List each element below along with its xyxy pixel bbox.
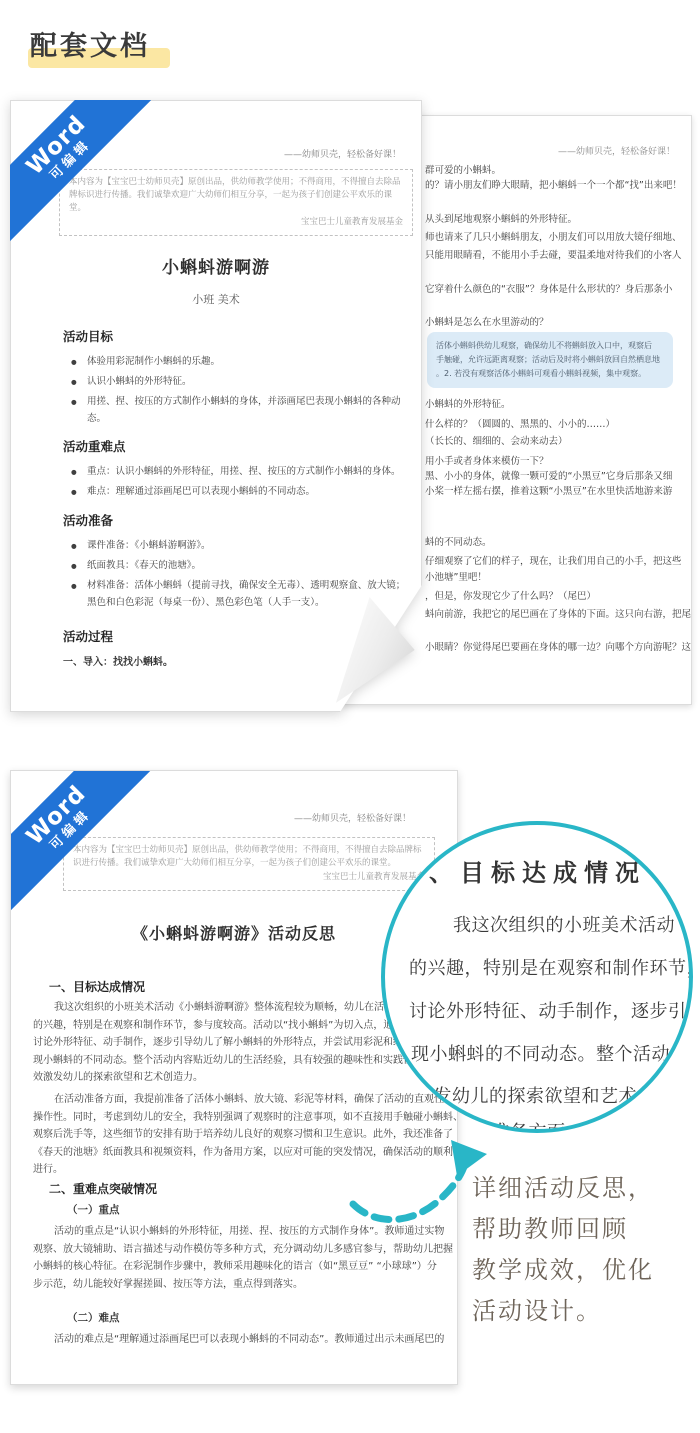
doc-line: 它穿着什么颜色的“衣服”？身体是什么形状的？身后那条小: [425, 281, 672, 295]
section-header: 配套文档: [30, 24, 150, 63]
safety-note-box: 活体小蝌蚪供幼儿观察，确保幼儿不将蝌蚪放入口中，观察后 手触碰，允许远距离观察；…: [427, 332, 673, 388]
note-line: 手触碰，允许远距离观察；活动后及时将小蝌蚪放回自然栖息地: [436, 353, 664, 367]
para-line: 操作性。同时，考虑到幼儿的安全，我特别强调了观察时的注意事项，如不直接用手触碰小…: [33, 1108, 458, 1126]
doc-line: 小桨一样左摇右摆，推着这颗“小黑豆”在水里快活地游来游: [425, 483, 672, 497]
para-line: 讨论外形特征、动手制作，逐步引导幼儿了解小蝌蚪的外形特点，并尝试用彩泥和绘画的: [33, 1033, 423, 1051]
para-line: 的兴趣，特别是在观察和制作环节，参与度较高。活动以“找小蝌蚪”为切入点，通过: [33, 1016, 423, 1034]
doc-line: 仔细观察了它们的样子，现在，让我们用自己的小手，把这些: [425, 553, 682, 567]
magnified-line: 激发幼儿的探索欲望和艺术创: [415, 1082, 656, 1108]
note-line: 。2. 若没有观察活体小蝌蚪可观看小蝌蚪视频，集中观察。: [436, 367, 664, 381]
para-line: 现小蝌蚪的不同动态。整个活动内容贴近幼儿的生活经验，具有较强的趣味性和实践性，: [33, 1051, 423, 1069]
magnified-line: 的兴趣，特别是在观察和制作环节，: [409, 954, 693, 980]
para-line: 小蝌蚪的核心特征。在彩泥制作步骤中，教师采用趣味化的语言（如“黑豆豆” “小球球…: [33, 1257, 453, 1275]
caption-line: 活动设计。: [472, 1291, 654, 1332]
slogan-text: ——幼师贝壳，轻松备好课！: [284, 147, 401, 160]
magnified-heading: 、目标达成情况: [429, 853, 646, 888]
word-editable-ribbon: Word 可编辑: [10, 770, 180, 940]
section-preparation: 活动准备 课件准备：《小蝌蚪游啊游》。 纸面教具：《春天的池塘》。 材料准备：活…: [63, 511, 407, 614]
doc-line: 师也请来了几只小蝌蚪朋友，小朋友们可以用放大镜仔细地、: [425, 229, 682, 243]
caption-line: 帮助教师回顾: [472, 1209, 654, 1250]
doc1-page1: Word 可编辑 ——幼师贝壳，轻松备好课！ 本内容为【宝宝巴士幼师贝壳】原创出…: [10, 100, 422, 712]
doc-line: （长长的、细细的、会动来动去）: [425, 433, 568, 447]
bullet-item: 纸面教具：《春天的池塘》。: [87, 557, 407, 574]
section-heading: 活动重难点: [63, 437, 407, 455]
doc-line: 小眼睛？你觉得尾巴要画在身体的哪一边？向哪个方向游呢？这只又: [425, 639, 692, 653]
para-line: 效激发幼儿的探索欲望和艺术创造力。: [33, 1068, 423, 1086]
ribbon-band: Word 可编辑: [10, 100, 166, 255]
para-line: 观察、放大镜辅助、语言描述与动作模仿等多种方式，充分调动幼儿多感官参与，帮助幼儿…: [33, 1240, 453, 1258]
doc-line: 用小手或者身体来模仿一下？: [425, 453, 549, 467]
doc2-paragraph: 我这次组织的小班美术活动《小蝌蚪游啊游》整体流程较为顺畅，幼儿在活动中 的兴趣，…: [33, 998, 423, 1086]
doc2-page: Word 可编辑 ——幼师贝壳，轻松备好课！ 本内容为【宝宝巴士幼师贝壳】原创出…: [10, 770, 458, 1385]
bullet-item: 课件准备：《小蝌蚪游啊游》。: [87, 537, 407, 554]
slogan-text: ——幼师贝壳，轻松备好课！: [558, 144, 675, 157]
doc2-subheading: （一）重点: [67, 1202, 120, 1217]
word-badge-label: Word: [10, 100, 150, 239]
para-line: 活动的难点是“理解通过添画尾巴可以表现小蝌蚪的不同动态”。教师通过出示未画尾巴的: [33, 1330, 444, 1348]
page-title: 配套文档: [30, 24, 150, 63]
slogan-text: ——幼师贝壳，轻松备好课！: [294, 811, 411, 824]
para-line: 在活动准备方面，我提前准备了活体小蝌蚪、放大镜、彩泥等材料，确保了活动的直观性和: [33, 1090, 458, 1108]
word-editable-ribbon: Word 可编辑: [10, 100, 180, 270]
bullet-item: 用搓、捏、按压的方式制作小蝌蚪的身体，并添画尾巴表现小蝌蚪的各种动态。: [87, 393, 407, 427]
doc2-heading-1: 一、目标达成情况: [49, 978, 145, 995]
doc-line: 什么样的？（圆圆的、黑黑的、小小的……）: [425, 416, 615, 430]
caption-line: 详细活动反思，: [472, 1168, 654, 1209]
doc-line: 蚪的不同动态。: [425, 534, 492, 548]
doc1-page1-sheet: Word 可编辑 ——幼师贝壳，轻松备好课！ 本内容为【宝宝巴士幼师贝壳】原创出…: [10, 100, 422, 712]
caption-text: 详细活动反思， 帮助教师回顾 教学成效，优化 活动设计。: [472, 1168, 654, 1332]
doc-line: 的？请小朋友们睁大眼睛，把小蝌蚪一个一个都“找”出来吧！: [425, 177, 682, 191]
doc2-heading-2: 二、重难点突破情况: [49, 1180, 157, 1197]
arrow-doodle-icon: [345, 1138, 493, 1234]
doc-line: 小蝌蚪的外形特征。: [425, 396, 511, 410]
para-line: 步示范，幼儿能较好掌握搓圆、按压等方法，重点得到落实。: [33, 1275, 453, 1293]
caption-line: 教学成效，优化: [472, 1250, 654, 1291]
para-line: 我这次组织的小班美术活动《小蝌蚪游啊游》整体流程较为顺畅，幼儿在活动中: [33, 998, 423, 1016]
magnified-line: 现小蝌蚪的不同动态。整个活动内: [411, 1040, 689, 1066]
doc-line: 小蝌蚪是怎么在水里游动的？: [425, 314, 549, 328]
doc2-subheading: （二）难点: [67, 1310, 120, 1325]
doc-line: 从头到尾地观察小蝌蚪的外形特征。: [425, 211, 577, 225]
ribbon-band: Word 可编辑: [10, 770, 166, 925]
section-heading: 活动准备: [63, 511, 407, 529]
bullet-item: 体验用彩泥制作小蝌蚪的乐趣。: [87, 353, 407, 370]
magnified-line: 讨论外形特征、动手制作，逐步引导: [409, 997, 693, 1023]
doc-line: ，但是，你发现它少了什么吗？（尾巴）: [425, 588, 596, 602]
doc-line: 小池塘”里吧！: [425, 569, 487, 583]
doc2-paragraph: 活动的难点是“理解通过添画尾巴可以表现小蝌蚪的不同动态”。教师通过出示未画尾巴的: [33, 1330, 444, 1348]
section-goals: 活动目标 体验用彩泥制作小蝌蚪的乐趣。 认识小蝌蚪的外形特征。 用搓、捏、按压的…: [63, 327, 407, 430]
note-line: 活体小蝌蚪供幼儿观察，确保幼儿不将蝌蚪放入口中，观察后: [436, 339, 664, 353]
bullet-item: 认识小蝌蚪的外形特征。: [87, 373, 407, 390]
doc-line: 只能用眼睛看，不能用小手去碰，要温柔地对待我们的小客人: [425, 247, 682, 261]
section-heading: 活动目标: [63, 327, 407, 345]
section-key-points: 活动重难点 重点：认识小蝌蚪的外形特征，用搓、捏、按压的方式制作小蝌蚪的身体。 …: [63, 437, 407, 503]
magnifier-circle: 、目标达成情况 我这次组织的小班美术活动《 的兴趣，特别是在观察和制作环节， 讨…: [381, 821, 693, 1133]
doc-line: 黑、小小的身体，就像一颗可爱的“小黑豆”它身后那条又细: [425, 468, 672, 482]
word-badge-label: Word: [10, 770, 150, 909]
bullet-item: 难点：理解通过添画尾巴可以表现小蝌蚪的不同动态。: [87, 483, 407, 500]
magnified-line: 我这次组织的小班美术活动《: [453, 911, 693, 937]
bullet-item: 重点：认识小蝌蚪的外形特征，用搓、捏、按压的方式制作小蝌蚪的身体。: [87, 463, 407, 480]
doc-line: 蚪向前游，我把它的尾巴画在了身体的下面。这只向右游，把尾: [425, 606, 691, 620]
bullet-item: 材料准备：活体小蝌蚪（提前寻找，确保安全无毒）、透明观察盒、放大镜；黑色和白色彩…: [87, 577, 407, 611]
magnified-line: 动准备方面，我: [473, 1118, 603, 1133]
doc-line: 群可爱的小蝌蚪。: [425, 162, 501, 176]
doc1-subtitle: 小班 美术: [11, 291, 421, 307]
